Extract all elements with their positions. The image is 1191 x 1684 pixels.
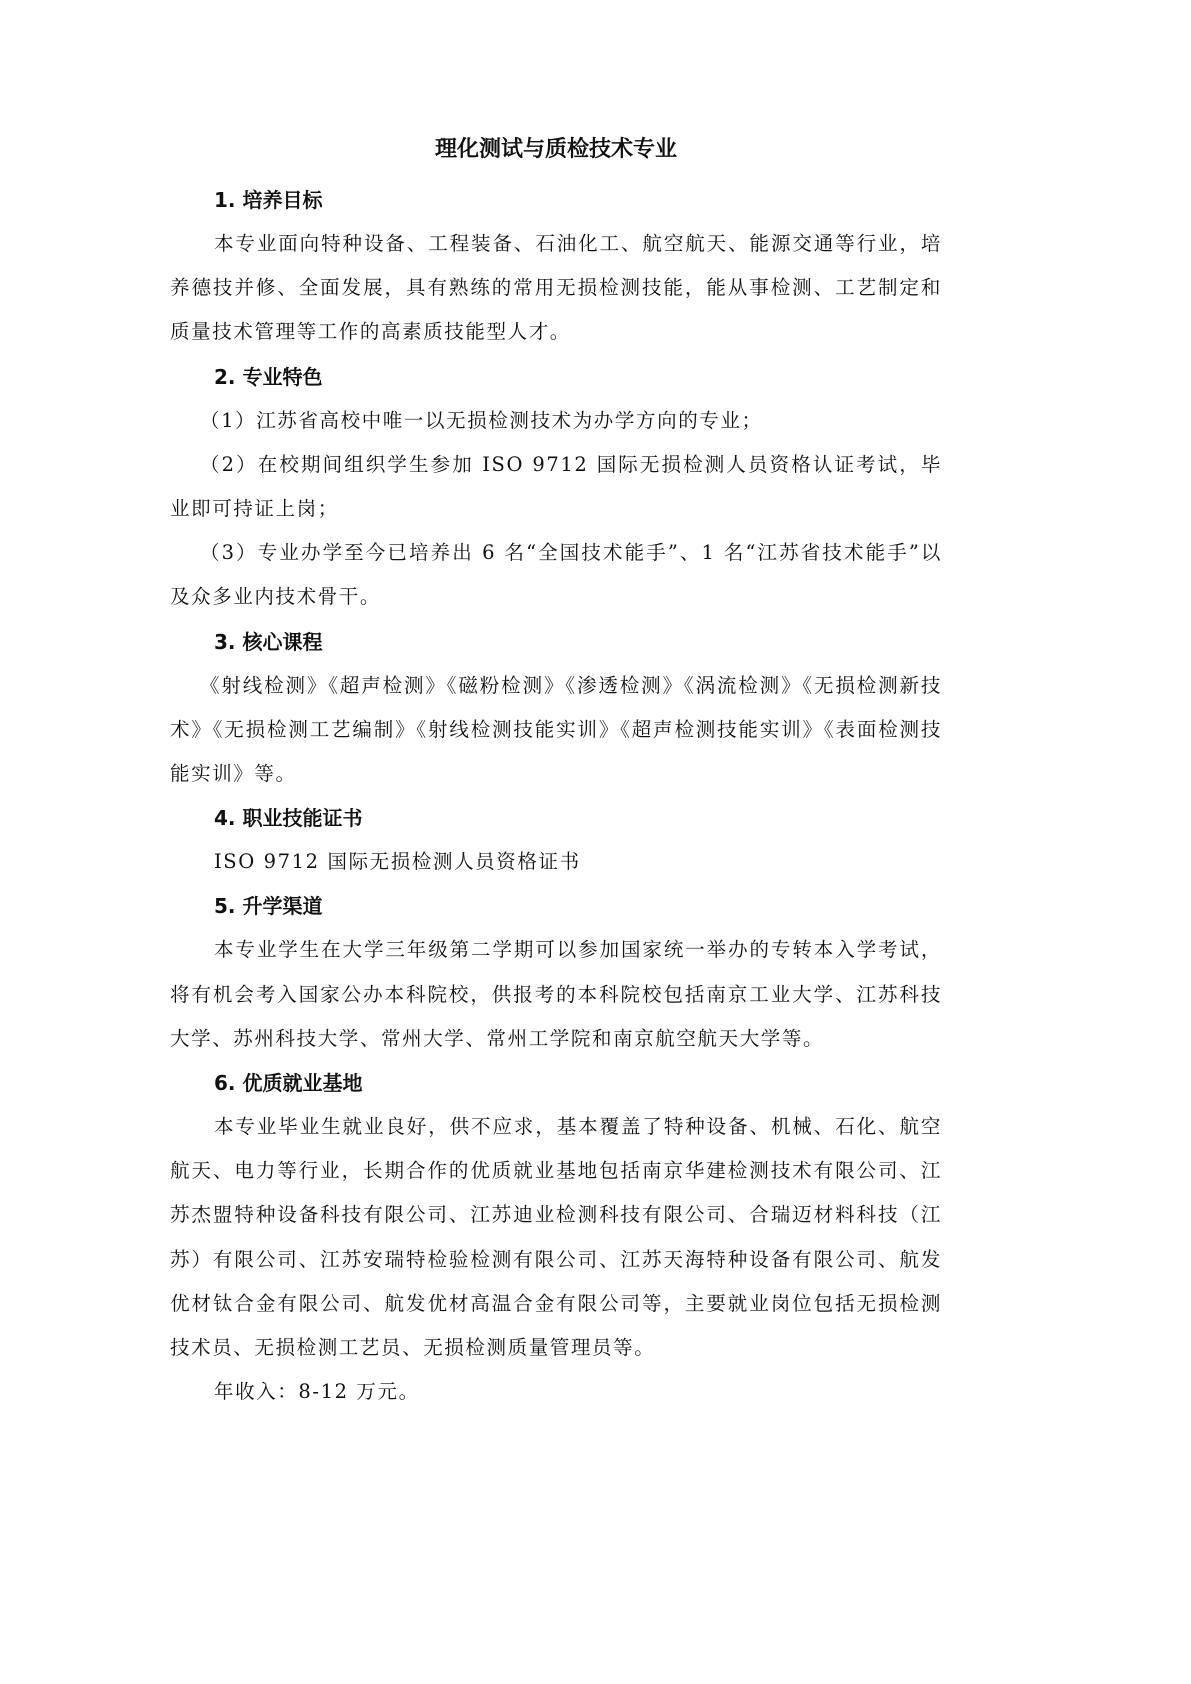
document-page: 理化测试与质检技术专业 1. 培养目标 本专业面向特种设备、工程装备、石油化工、…: [170, 128, 942, 1414]
document-title: 理化测试与质检技术专业: [170, 128, 942, 172]
paragraph: 本专业毕业生就业良好，供不应求，基本覆盖了特种设备、机械、石化、航空航天、电力等…: [170, 1105, 942, 1370]
list-item: （1）江苏省高校中唯一以无损检测技术为办学方向的专业；: [170, 399, 942, 443]
section-training-goals: 1. 培养目标 本专业面向特种设备、工程装备、石油化工、航空航天、能源交通等行业…: [170, 178, 942, 355]
list-item: （2）在校期间组织学生参加 ISO 9712 国际无损检测人员资格认证考试，毕业…: [170, 443, 942, 531]
section-certificates: 4. 职业技能证书 ISO 9712 国际无损检测人员资格证书: [170, 796, 942, 884]
section-features: 2. 专业特色 （1）江苏省高校中唯一以无损检测技术为办学方向的专业； （2）在…: [170, 355, 942, 620]
paragraph: ISO 9712 国际无损检测人员资格证书: [170, 840, 942, 884]
section-heading: 4. 职业技能证书: [170, 796, 942, 840]
section-heading: 5. 升学渠道: [170, 884, 942, 928]
list-item: （3）专业办学至今已培养出 6 名“全国技术能手”、1 名“江苏省技术能手”以及…: [170, 531, 942, 619]
paragraph: 本专业学生在大学三年级第二学期可以参加国家统一举办的专转本入学考试，将有机会考入…: [170, 928, 942, 1061]
section-employment-bases: 6. 优质就业基地 本专业毕业生就业良好，供不应求，基本覆盖了特种设备、机械、石…: [170, 1061, 942, 1414]
section-heading: 1. 培养目标: [170, 178, 942, 222]
paragraph: 《射线检测》《超声检测》《磁粉检测》《渗透检测》《涡流检测》《无损检测新技术》《…: [170, 664, 942, 797]
annual-income: 年收入：8-12 万元。: [170, 1370, 942, 1414]
section-further-study: 5. 升学渠道 本专业学生在大学三年级第二学期可以参加国家统一举办的专转本入学考…: [170, 884, 942, 1061]
section-core-courses: 3. 核心课程 《射线检测》《超声检测》《磁粉检测》《渗透检测》《涡流检测》《无…: [170, 620, 942, 797]
section-heading: 2. 专业特色: [170, 355, 942, 399]
paragraph: 本专业面向特种设备、工程装备、石油化工、航空航天、能源交通等行业，培养德技并修、…: [170, 222, 942, 355]
section-heading: 6. 优质就业基地: [170, 1061, 942, 1105]
section-heading: 3. 核心课程: [170, 620, 942, 664]
